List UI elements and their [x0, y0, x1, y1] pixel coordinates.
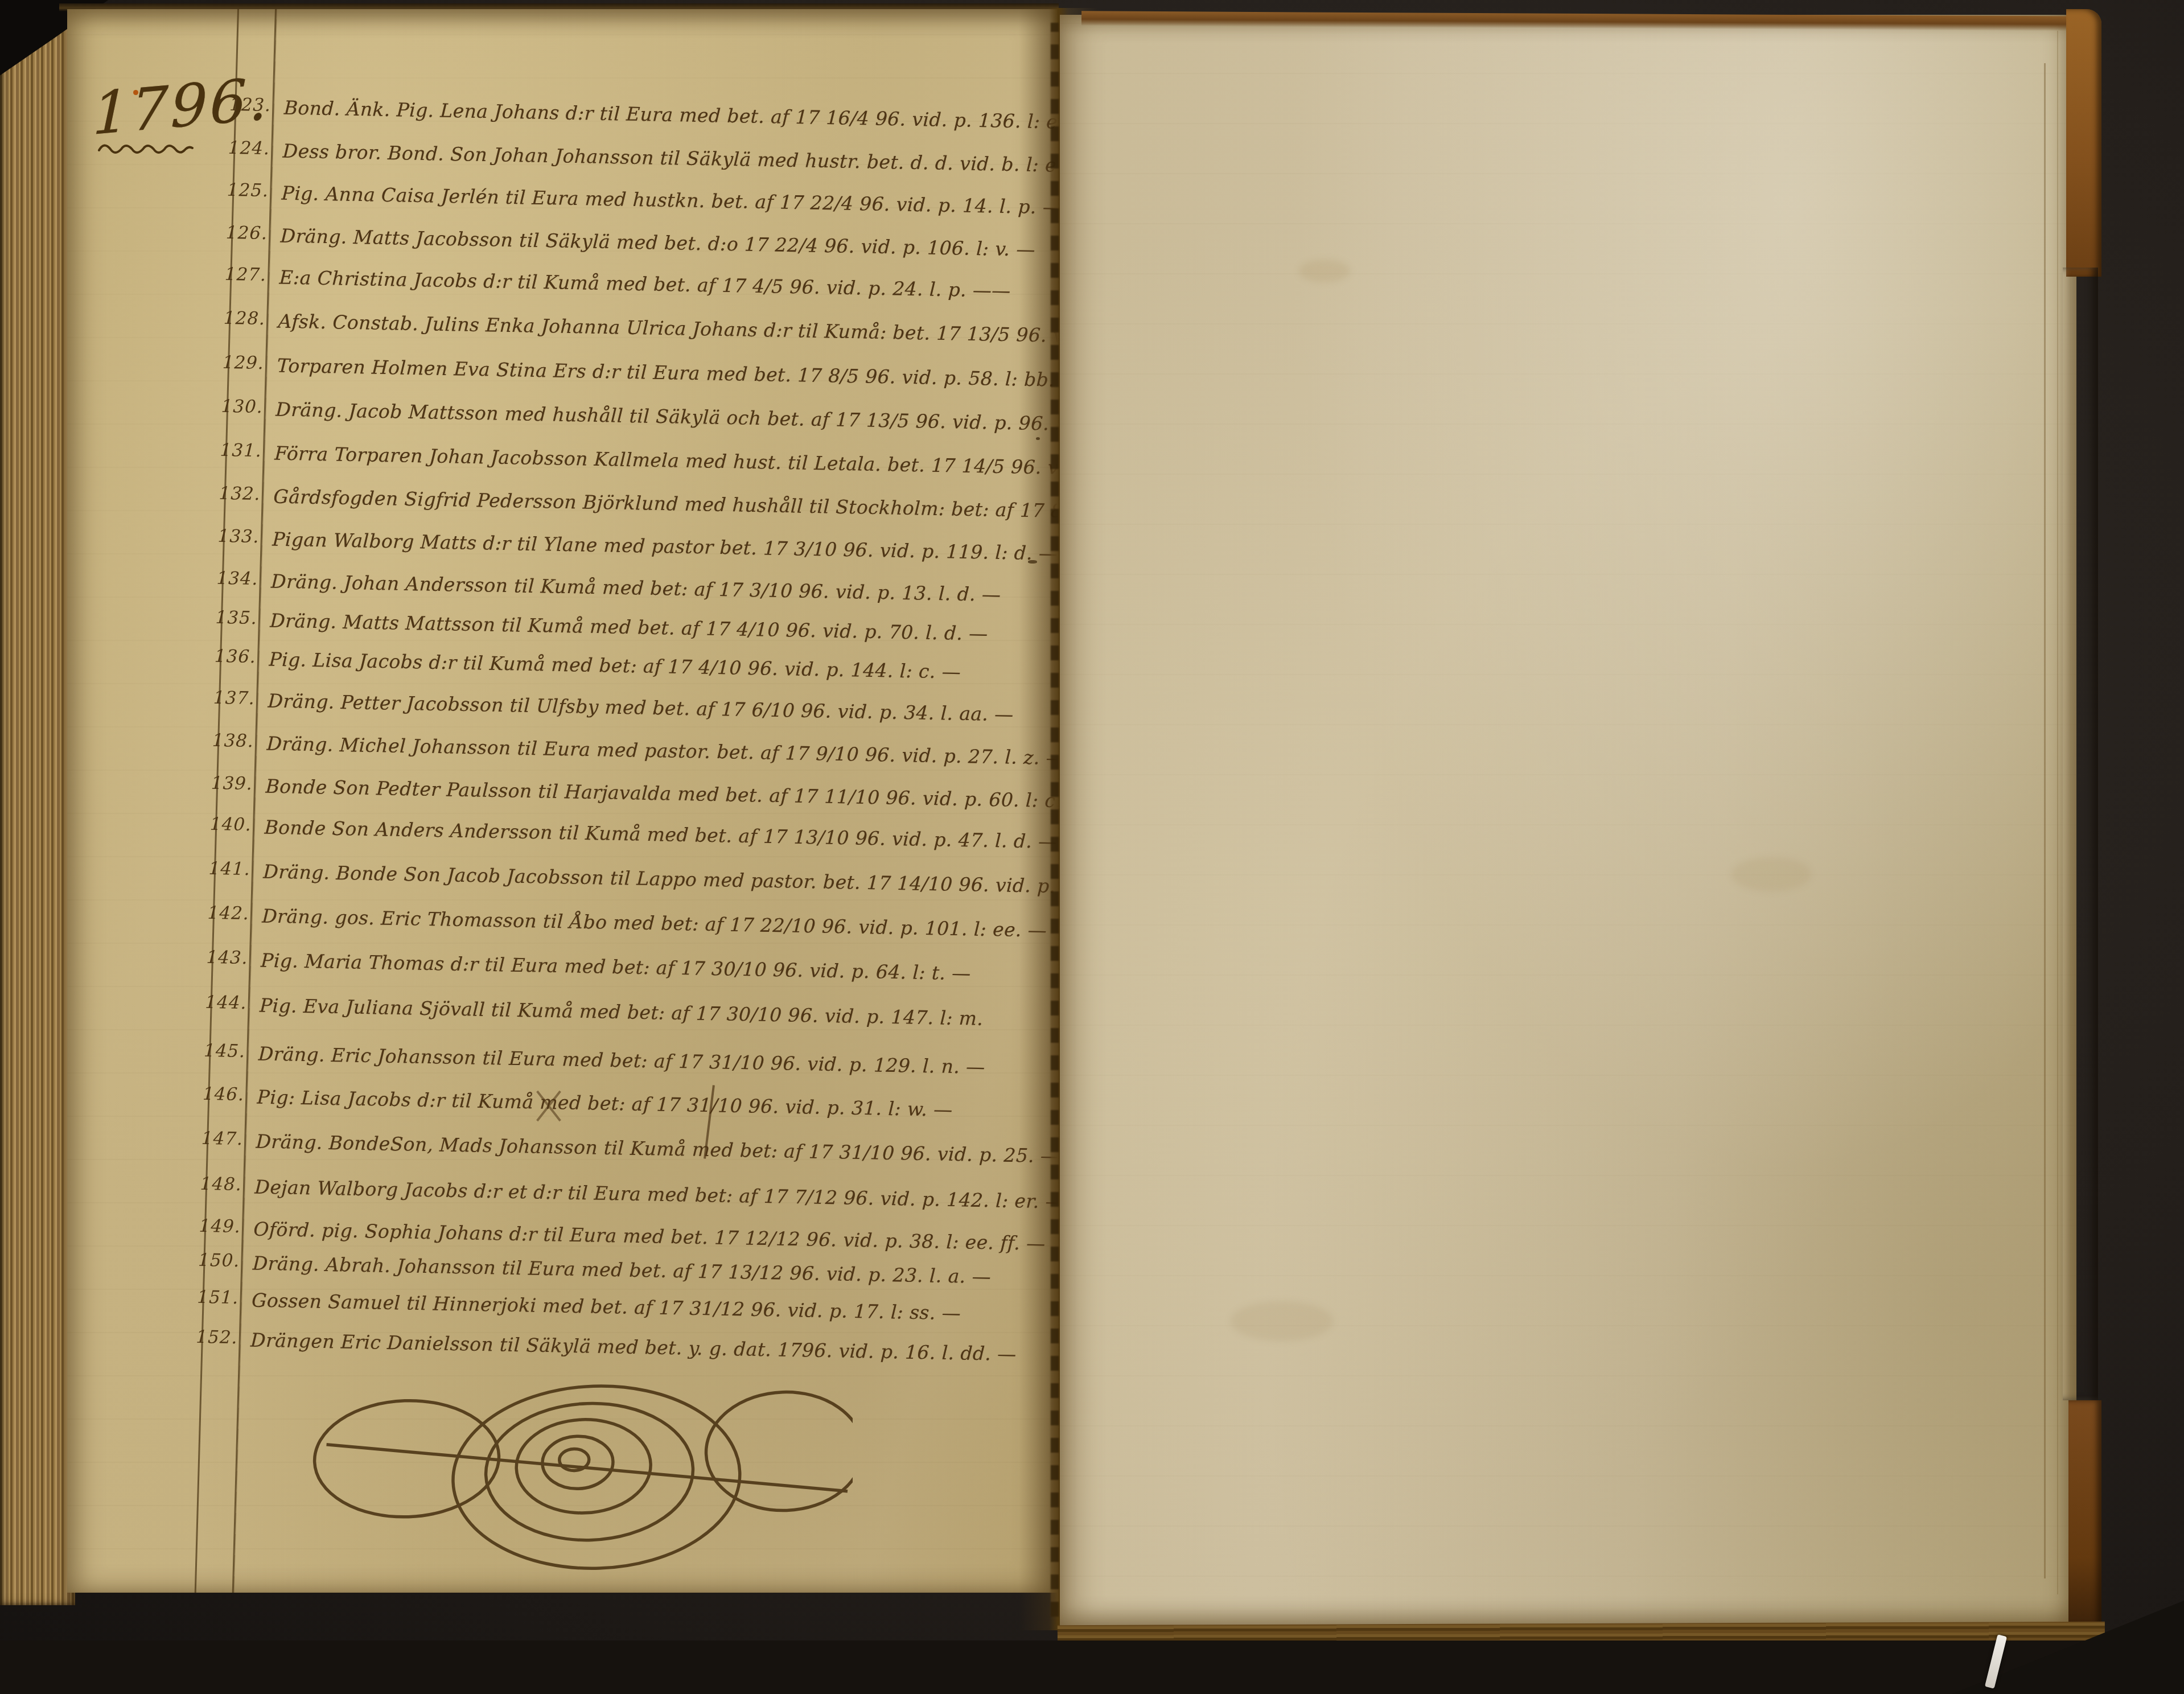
paper-stain — [1299, 260, 1350, 282]
fore-edge-ragged — [2063, 268, 2098, 1400]
entry-text: Drängen Eric Danielsson til Säkylä med b… — [250, 1328, 1058, 1374]
entry-number: 138. — [212, 730, 254, 751]
blank-page-right — [1060, 15, 2076, 1627]
entry-text: Dräng. BondeSon, Mads Johansson til Kumå… — [256, 1129, 1058, 1175]
register-row: 123. Bond. Änk. Pig. Lena Johans d:r til… — [67, 92, 1049, 110]
entry-number: 131. — [220, 440, 262, 461]
paper-stain — [1231, 1301, 1333, 1341]
register-row: 131. Förra Torparen Johan Jacobsson Kall… — [67, 437, 1040, 455]
page-crease-line — [2044, 63, 2046, 1578]
entry-number: 145. — [203, 1041, 245, 1062]
register-row: 152. Drängen Eric Danielsson til Säkylä … — [67, 1324, 1015, 1342]
entry-text: Pigan Walborg Matts d:r til Ylane med pa… — [272, 527, 1058, 573]
entry-number: 135. — [215, 607, 257, 628]
entry-text: Bonde Son Anders Andersson til Kumå med … — [264, 815, 1058, 861]
entry-number: 136. — [214, 646, 256, 667]
entry-text: E:a Christina Jacobs d:r til Kumå med be… — [279, 265, 1058, 311]
register-row: 137. Dräng. Petter Jacobsson til Ulfsby … — [67, 685, 1033, 703]
entry-number: 152. — [196, 1327, 238, 1348]
entry-text: Dräng. gos. Eric Thomasson til Åbo med b… — [261, 904, 1058, 949]
register-row: 147. Dräng. BondeSon, Mads Johansson til… — [67, 1125, 1021, 1144]
register-row: 130. Dräng. Jacob Mattsson med hushåll t… — [67, 393, 1041, 412]
column-rule-line-right — [232, 9, 277, 1593]
ruled-area: 123. Bond. Änk. Pig. Lena Johans d:r til… — [67, 9, 1058, 1593]
register-row: 144. Pig. Eva Juliana Sjövall til Kumå m… — [67, 989, 1025, 1008]
cover-leather-corner — [2066, 9, 2101, 277]
entry-text: Dräng. Abrah. Johansson til Eura med bet… — [252, 1251, 1058, 1297]
entry-number: 142. — [207, 903, 249, 924]
entry-text: Pig. Anna Caisa Jerlén til Eura med hust… — [281, 181, 1058, 227]
register-row: 124. Dess bror. Bond. Son Johan Johansso… — [67, 135, 1048, 153]
crossout-mark — [529, 1089, 569, 1124]
ink-flourish-drawing — [312, 1368, 853, 1590]
paper-stain — [1731, 857, 1811, 891]
entry-number: 151. — [197, 1287, 239, 1308]
register-page-left: 1796. 123. Bond. Änk. Pig. Lena Johans d… — [67, 9, 1058, 1593]
register-row: 148. Dejan Walborg Jacobs d:r et d:r til… — [67, 1171, 1020, 1189]
entry-text: Bonde Son Pedter Paulsson til Harjavalda… — [265, 774, 1058, 820]
entry-text: Förra Torparen Johan Jacobsson Kallmela … — [274, 441, 1058, 487]
entry-number: 139. — [211, 773, 253, 794]
entry-number: 129. — [222, 352, 264, 373]
entry-text: Dejan Walborg Jacobs d:r et d:r til Eura… — [254, 1175, 1058, 1220]
entry-text: Gossen Samuel til Hinnerjoki med bet. af… — [251, 1288, 1058, 1334]
entry-number: 143. — [206, 947, 248, 968]
register-row: 128. Afsk. Constab. Julins Enka Johanna … — [67, 305, 1043, 323]
register-row: 136. Pig. Lisa Jacobs d:r til Kumå med b… — [67, 643, 1034, 661]
entry-number: 124. — [228, 138, 270, 159]
page-crease-line — [2057, 31, 2058, 1594]
foxing-spot — [133, 90, 138, 95]
entry-text: Pig. Lisa Jacobs d:r til Kumå med bet: a… — [269, 647, 1058, 693]
entry-text: Pig. Maria Thomas d:r til Eura med bet: … — [260, 948, 1058, 994]
register-row: 132. Gårdsfogden Sigfrid Pedersson Björk… — [67, 480, 1039, 499]
entry-number: 123. — [229, 94, 271, 116]
book-photo: 1796. 123. Bond. Änk. Pig. Lena Johans d… — [0, 0, 2184, 1694]
book-bottom-edge-left — [23, 1589, 1064, 1646]
entry-text: Pig: Lisa Jacobs d:r til Kumå med bet: a… — [257, 1085, 1058, 1130]
entry-text: Torparen Holmen Eva Stina Ers d:r til Eu… — [277, 353, 1058, 399]
entry-number: 130. — [221, 396, 263, 417]
entry-text: Dräng. Johan Andersson til Kumå med bet:… — [270, 569, 1058, 615]
entry-text: Bond. Änk. Pig. Lena Johans d:r til Eura… — [283, 96, 1058, 141]
entry-number: 147. — [201, 1128, 243, 1149]
register-row: 133. Pigan Walborg Matts d:r til Ylane m… — [67, 523, 1037, 541]
register-row: 127. E:a Christina Jacobs d:r til Kumå m… — [67, 261, 1044, 279]
entry-number: 137. — [213, 688, 255, 709]
entry-number: 150. — [198, 1250, 240, 1271]
entry-number: 132. — [219, 483, 261, 504]
entry-text: Afsk. Constab. Julins Enka Johanna Ulric… — [278, 309, 1058, 355]
background-bottom — [0, 1640, 2184, 1694]
entry-text: Dräng. Jacob Mattsson med hushåll til Sä… — [275, 397, 1058, 443]
entry-number: 127. — [224, 264, 266, 285]
entry-text: Gårdsfogden Sigfrid Pedersson Björklund … — [273, 484, 1058, 530]
register-row: 138. Dräng. Michel Johansson til Eura me… — [67, 727, 1032, 746]
register-row: 149. Oförd. pig. Sophia Johans d:r til E… — [67, 1213, 1019, 1231]
register-row: 143. Pig. Maria Thomas d:r til Eura med … — [67, 944, 1026, 963]
entry-text: Dräng. Eric Johansson til Eura med bet: … — [258, 1042, 1058, 1087]
entry-text: Dräng. Michel Johansson til Eura med pas… — [266, 731, 1058, 777]
entry-text: Dräng. Matts Jacobsson til Säkylä med be… — [280, 224, 1058, 269]
register-row: 140. Bonde Son Anders Andersson til Kumå… — [67, 811, 1030, 829]
entry-text: Dräng. Bonde Son Jacob Jacobsson til Lap… — [263, 860, 1058, 905]
register-row: 125. Pig. Anna Caisa Jerlén til Eura med… — [67, 177, 1047, 195]
entry-number: 125. — [227, 180, 269, 201]
entry-number: 128. — [223, 308, 265, 329]
entry-text: Pig. Eva Juliana Sjövall til Kumå med be… — [259, 993, 1058, 1039]
register-row: 129. Torparen Holmen Eva Stina Ers d:r t… — [67, 350, 1042, 368]
entry-number: 126. — [225, 223, 268, 244]
register-row: 145. Dräng. Eric Johansson til Eura med … — [67, 1038, 1023, 1056]
entry-text: Dess bror. Bond. Son Johan Johansson til… — [282, 139, 1058, 184]
entry-number: 141. — [208, 858, 250, 879]
entry-number: 146. — [202, 1084, 244, 1105]
register-row: 134. Dräng. Johan Andersson til Kumå med… — [67, 565, 1036, 583]
register-row: 139. Bonde Son Pedter Paulsson til Harja… — [67, 770, 1031, 788]
entry-number: 149. — [199, 1216, 241, 1237]
entry-number: 148. — [200, 1174, 242, 1195]
entry-text: Dräng. Petter Jacobsson til Ulfsby med b… — [268, 689, 1058, 734]
register-row: 126. Dräng. Matts Jacobsson til Säkylä m… — [67, 220, 1046, 238]
cover-leather-edge-bottom — [2068, 1400, 2101, 1626]
column-rule-line-left — [195, 9, 239, 1593]
register-row: 141. Dräng. Bonde Son Jacob Jacobsson ti… — [67, 856, 1029, 874]
page-stack-edge — [0, 6, 75, 1605]
entry-number: 134. — [216, 568, 258, 589]
entry-number: 133. — [217, 526, 260, 547]
entry-text: Dräng. Matts Mattsson til Kumå med bet. … — [270, 608, 1058, 654]
entry-number: 140. — [209, 814, 252, 835]
book-gutter-fold — [1051, 23, 1059, 1617]
register-row: 135. Dräng. Matts Mattsson til Kumå med … — [67, 605, 1035, 623]
register-row: 142. Dräng. gos. Eric Thomasson til Åbo … — [67, 900, 1027, 918]
entry-number: 144. — [205, 992, 247, 1013]
